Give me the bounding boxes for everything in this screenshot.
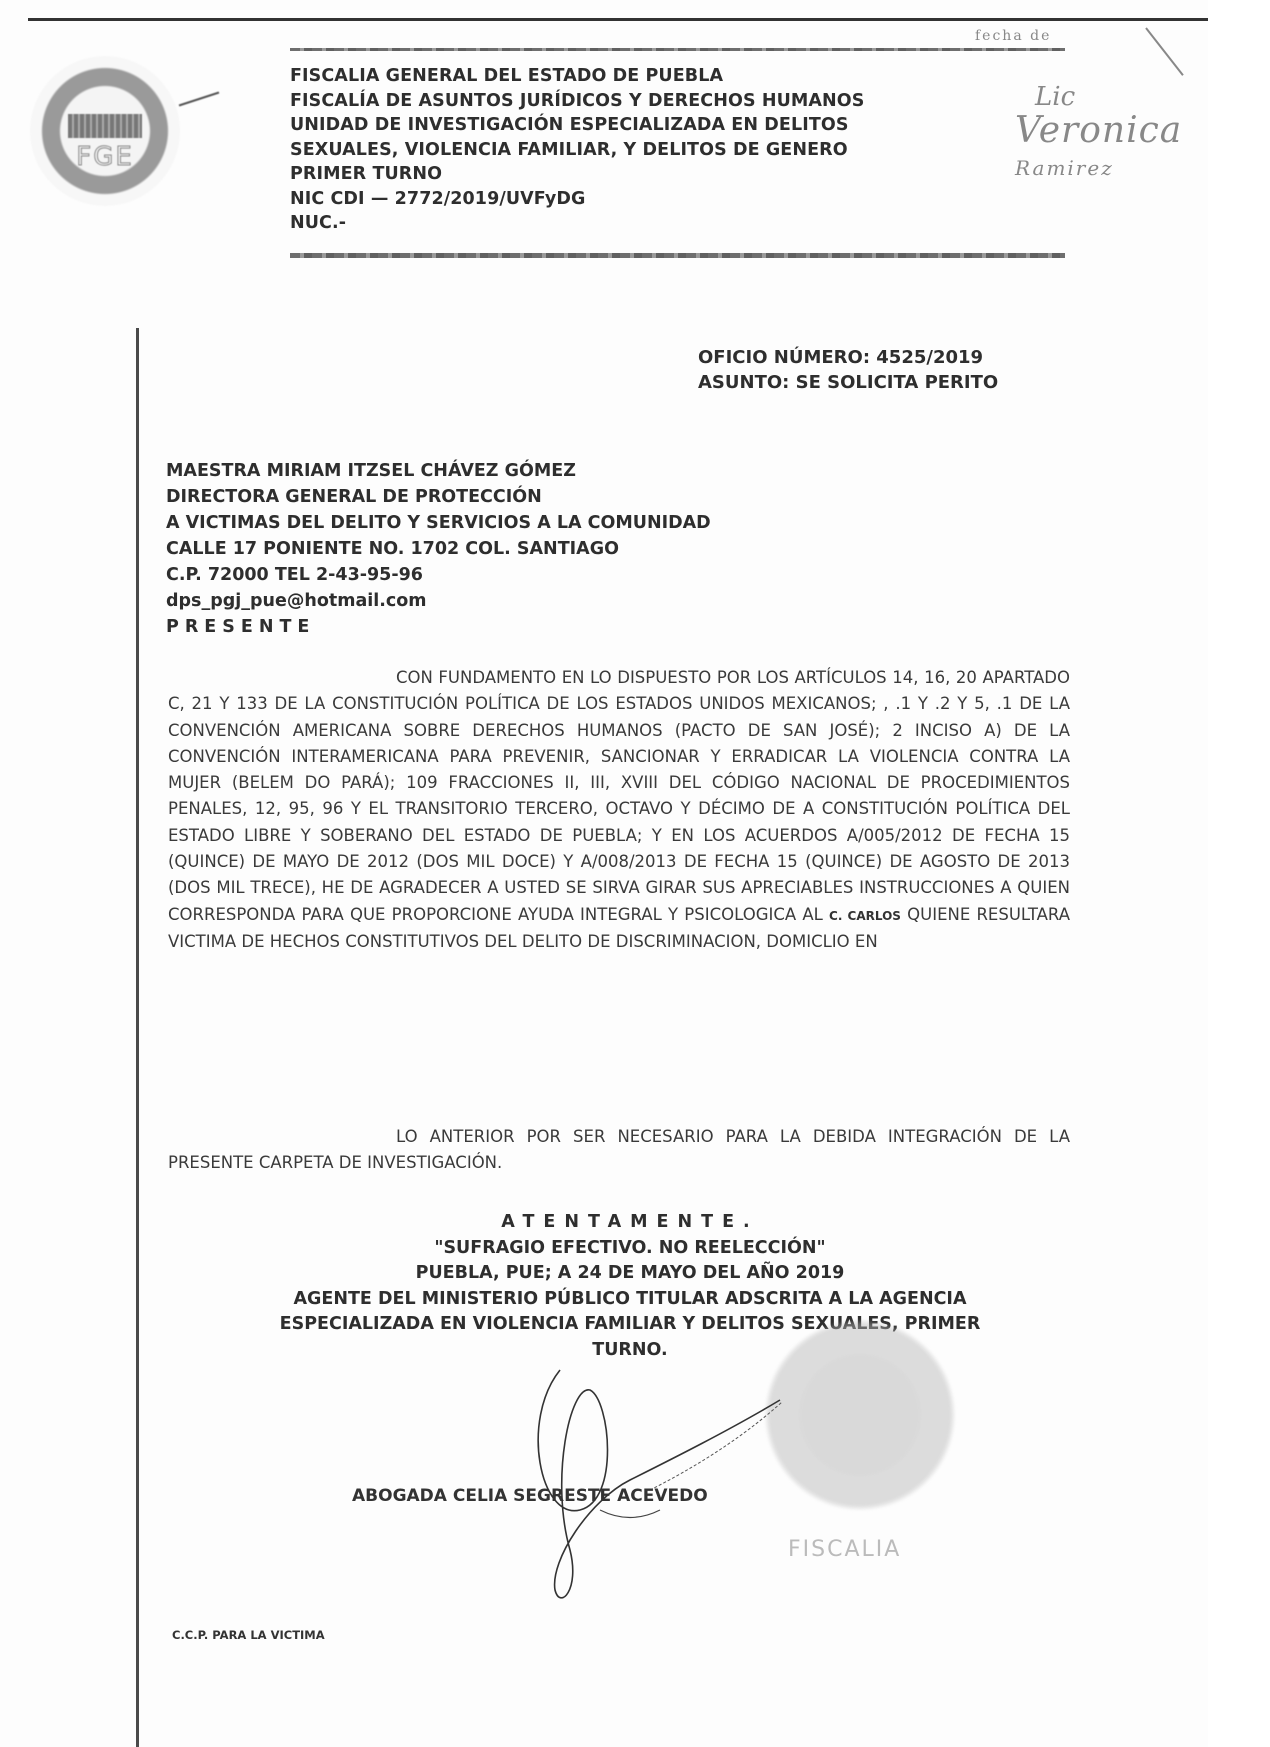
ccp-line: C.C.P. PARA LA VICTIMA (172, 1628, 325, 1642)
case-number: NIC CDI — 2772/2019/UVFyDG (290, 187, 1090, 212)
fge-seal-logo-icon: FGE (30, 56, 180, 206)
nuc-label: NUC.- (290, 211, 1090, 236)
handwritten-scribble-top: fecha de (975, 28, 1051, 44)
presente-label: PRESENTE (166, 614, 711, 640)
letterhead-line: UNIDAD DE INVESTIGACIÓN ESPECIALIZADA EN… (290, 113, 1090, 138)
letterhead-line: PRIMER TURNO (290, 162, 1090, 187)
motto: "SUFRAGIO EFECTIVO. NO REELECCIÓN" (180, 1236, 1080, 1262)
document-page: FGE FISCALIA GENERAL DEL ESTADO DE PUEBL… (0, 0, 1208, 1747)
recipient-email: dps_pgj_pue@hotmail.com (166, 588, 711, 614)
letterhead-line: FISCALÍA DE ASUNTOS JURÍDICOS Y DERECHOS… (290, 89, 1090, 114)
header-rule-top (290, 48, 1065, 51)
handwritten-line: Veronica (1015, 110, 1182, 151)
recipient-address: CALLE 17 PONIENTE NO. 1702 COL. SANTIAGO (166, 536, 711, 562)
place-date: PUEBLA, PUE; A 24 DE MAYO DEL AÑO 2019 (180, 1261, 1080, 1287)
handwritten-stroke (1145, 27, 1184, 76)
logo-stroke (179, 92, 220, 107)
building-emblem-icon (68, 114, 142, 138)
oficio-block: OFICIO NÚMERO: 4525/2019 ASUNTO: SE SOLI… (698, 345, 998, 395)
oficio-subject: ASUNTO: SE SOLICITA PERITO (698, 370, 998, 395)
logo-text: FGE (30, 142, 180, 172)
letterhead-line: SEXUALES, VIOLENCIA FAMILIAR, Y DELITOS … (290, 138, 1090, 163)
signer-name: ABOGADA CELIA SEGRESTE ACEVEDO (352, 1486, 708, 1506)
header-rule-bottom (290, 253, 1065, 258)
recipient-name: MAESTRA MIRIAM ITZSEL CHÁVEZ GÓMEZ (166, 458, 711, 484)
handwritten-line: Ramirez (1015, 156, 1114, 180)
atentamente-label: ATENTAMENTE. (180, 1210, 1080, 1236)
recipient-phone: C.P. 72000 TEL 2-43-95-96 (166, 562, 711, 588)
recipient-block: MAESTRA MIRIAM ITZSEL CHÁVEZ GÓMEZ DIREC… (166, 458, 711, 640)
victim-name: C. CARLOS (829, 909, 901, 923)
signer-title: ESPECIALIZADA EN VIOLENCIA FAMILIAR Y DE… (180, 1312, 1080, 1338)
top-border-line (28, 18, 1208, 21)
handwritten-line: Lic (1035, 82, 1075, 112)
left-margin-line (136, 328, 139, 1747)
closing-block: ATENTAMENTE. "SUFRAGIO EFECTIVO. NO REEL… (180, 1210, 1080, 1363)
oficio-number: OFICIO NÚMERO: 4525/2019 (698, 345, 998, 370)
recipient-line: A VICTIMAS DEL DELITO Y SERVICIOS A LA C… (166, 510, 711, 536)
recipient-line: DIRECTORA GENERAL DE PROTECCIÓN (166, 484, 711, 510)
signer-title: AGENTE DEL MINISTERIO PÚBLICO TITULAR AD… (180, 1287, 1080, 1313)
closing-paragraph: LO ANTERIOR POR SER NECESARIO PARA LA DE… (168, 1124, 1070, 1176)
letterhead: FISCALIA GENERAL DEL ESTADO DE PUEBLA FI… (290, 64, 1090, 236)
body-paragraph: CON FUNDAMENTO EN LO DISPUESTO POR LOS A… (168, 665, 1070, 955)
paragraph-text: CON FUNDAMENTO EN LO DISPUESTO POR LOS A… (168, 668, 1070, 924)
letterhead-line: FISCALIA GENERAL DEL ESTADO DE PUEBLA (290, 64, 1090, 89)
main-paragraph: CON FUNDAMENTO EN LO DISPUESTO POR LOS A… (168, 665, 1070, 955)
